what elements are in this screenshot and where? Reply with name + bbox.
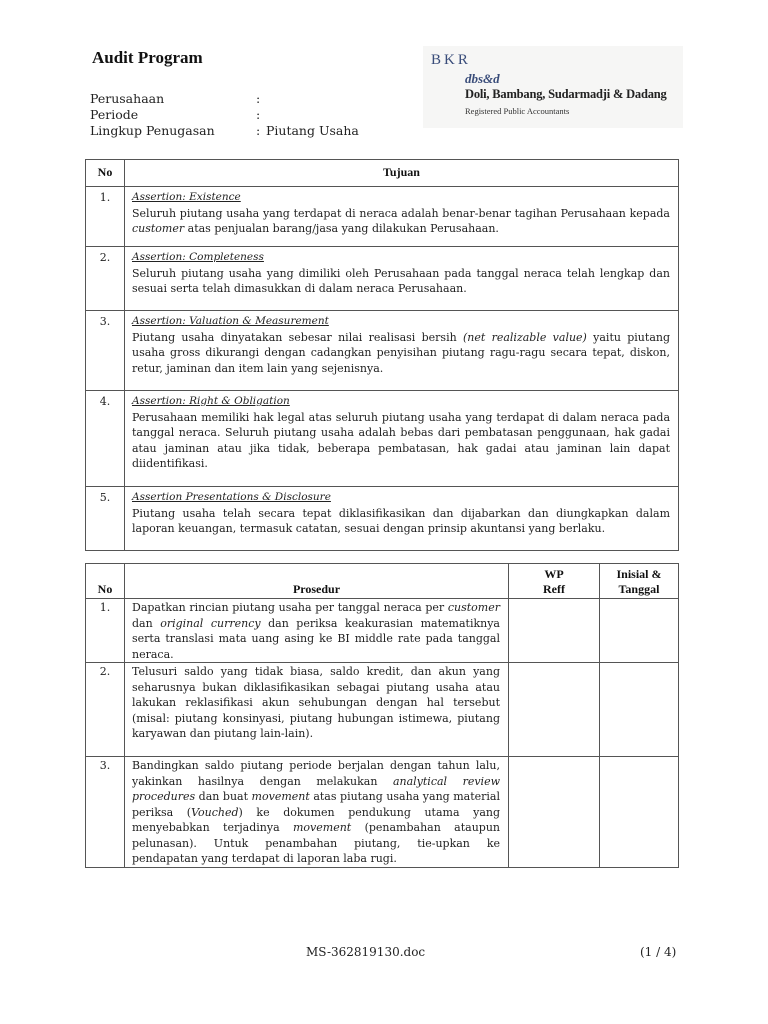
header-no: No xyxy=(86,564,125,599)
objective-text: Piutang usaha dinyatakan sebesar nilai r… xyxy=(132,330,670,377)
procedure-text: Telusuri saldo yang tidak biasa, saldo k… xyxy=(125,663,509,757)
table-row: 4. Assertion: Right & Obligation Perusah… xyxy=(86,391,679,487)
objective-text: Seluruh piutang usaha yang terdapat di n… xyxy=(132,206,670,237)
engagement-info: Perusahaan : Periode : Lingkup Penugasan… xyxy=(90,91,359,139)
field-label: Perusahaan xyxy=(90,91,256,107)
objectives-table: No Tujuan 1. Assertion: Existence Seluru… xyxy=(85,159,679,551)
procedure-text: Bandingkan saldo piutang periode berjala… xyxy=(125,757,509,868)
initial-date-cell[interactable] xyxy=(600,599,679,663)
table-row: 3. Bandingkan saldo piutang periode berj… xyxy=(86,757,679,868)
field-company: Perusahaan : xyxy=(90,91,359,107)
field-label: Lingkup Penugasan xyxy=(90,123,256,139)
header-initial-date: Inisial &Tanggal xyxy=(600,564,679,599)
assertion-title: Assertion Presentations & Disclosure xyxy=(132,490,670,506)
logo-bkr: BKR xyxy=(431,52,471,69)
table-row: 1. Assertion: Existence Seluruh piutang … xyxy=(86,187,679,247)
objective-text: Seluruh piutang usaha yang dimiliki oleh… xyxy=(132,266,670,297)
row-number: 1. xyxy=(86,599,125,663)
header-objective: Tujuan xyxy=(125,160,679,187)
objective-text: Perusahaan memiliki hak legal atas selur… xyxy=(132,410,670,472)
table-header: No Tujuan xyxy=(86,160,679,187)
row-number: 2. xyxy=(86,663,125,757)
assertion-title: Assertion: Completeness xyxy=(132,250,670,266)
field-value: Piutang Usaha xyxy=(266,123,359,139)
header-no: No xyxy=(86,160,125,187)
table-row: 3. Assertion: Valuation & Measurement Pi… xyxy=(86,311,679,391)
table-row: 1. Dapatkan rincian piutang usaha per ta… xyxy=(86,599,679,663)
logo-subtitle: Registered Public Accountants xyxy=(465,106,569,116)
objective-cell: Assertion: Right & Obligation Perusahaan… xyxy=(125,391,679,487)
logo-abbr: dbs&d xyxy=(465,71,500,87)
objective-text: Piutang usaha telah secara tepat diklasi… xyxy=(132,506,670,537)
header-wp-reff: WPReff xyxy=(509,564,600,599)
logo-firm-name: Doli, Bambang, Sudarmadji & Dadang xyxy=(465,87,667,102)
footer-page-number: (1 / 4) xyxy=(640,945,676,959)
objective-cell: Assertion: Valuation & Measurement Piuta… xyxy=(125,311,679,391)
firm-logo: BKR dbs&d Doli, Bambang, Sudarmadji & Da… xyxy=(423,46,683,128)
row-number: 2. xyxy=(86,247,125,311)
field-scope: Lingkup Penugasan : Piutang Usaha xyxy=(90,123,359,139)
objective-cell: Assertion: Existence Seluruh piutang usa… xyxy=(125,187,679,247)
field-label: Periode xyxy=(90,107,256,123)
initial-date-cell[interactable] xyxy=(600,757,679,868)
objective-cell: Assertion Presentations & Disclosure Piu… xyxy=(125,487,679,551)
row-number: 1. xyxy=(86,187,125,247)
row-number: 4. xyxy=(86,391,125,487)
procedure-text: Dapatkan rincian piutang usaha per tangg… xyxy=(125,599,509,663)
wp-reff-cell[interactable] xyxy=(509,757,600,868)
assertion-title: Assertion: Valuation & Measurement xyxy=(132,314,670,330)
wp-reff-cell[interactable] xyxy=(509,663,600,757)
row-number: 3. xyxy=(86,311,125,391)
table-row: 5. Assertion Presentations & Disclosure … xyxy=(86,487,679,551)
assertion-title: Assertion: Right & Obligation xyxy=(132,394,670,410)
row-number: 5. xyxy=(86,487,125,551)
table-header: No Prosedur WPReff Inisial &Tanggal xyxy=(86,564,679,599)
wp-reff-cell[interactable] xyxy=(509,599,600,663)
row-number: 3. xyxy=(86,757,125,868)
footer-filename: MS-362819130.doc xyxy=(306,945,425,959)
procedures-table: No Prosedur WPReff Inisial &Tanggal 1. D… xyxy=(85,563,679,868)
header-procedure: Prosedur xyxy=(125,564,509,599)
field-period: Periode : xyxy=(90,107,359,123)
objective-cell: Assertion: Completeness Seluruh piutang … xyxy=(125,247,679,311)
document-title: Audit Program xyxy=(92,48,203,68)
initial-date-cell[interactable] xyxy=(600,663,679,757)
assertion-title: Assertion: Existence xyxy=(132,190,670,206)
table-row: 2. Assertion: Completeness Seluruh piuta… xyxy=(86,247,679,311)
table-row: 2. Telusuri saldo yang tidak biasa, sald… xyxy=(86,663,679,757)
